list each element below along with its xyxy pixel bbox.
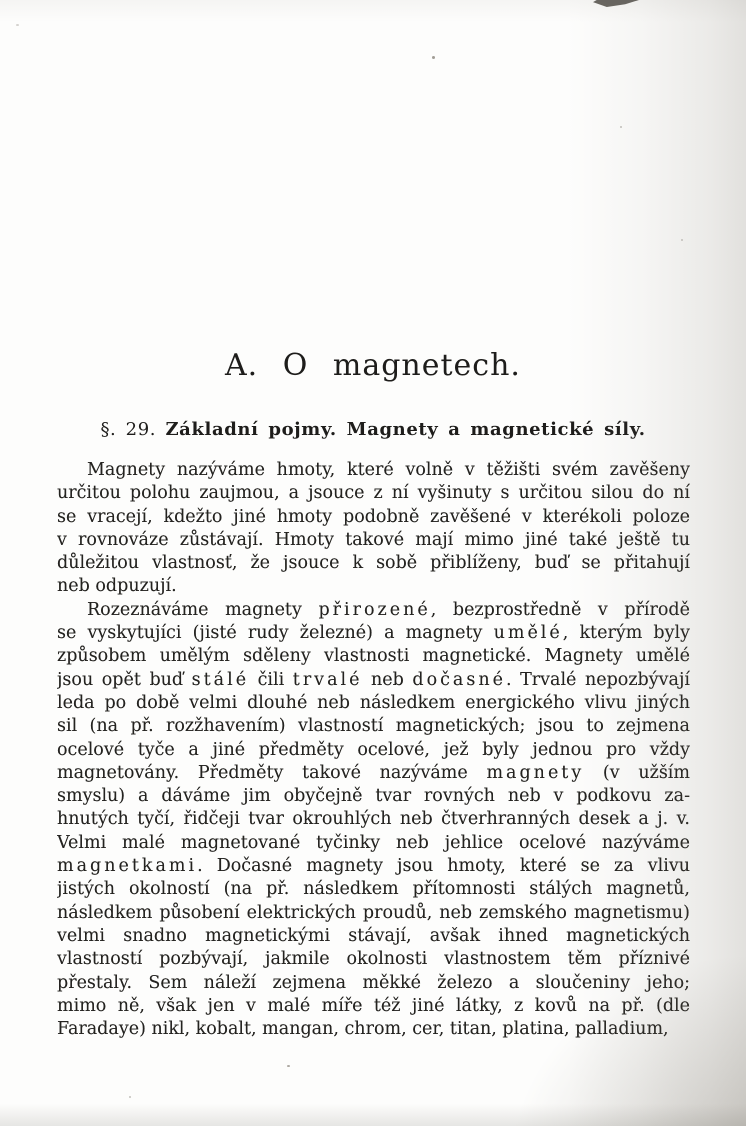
emphasized-term: magnety: [486, 763, 584, 783]
emphasized-term: trvalé: [293, 670, 363, 690]
text-line: Magnety nazýváme hmoty, které volně v tě…: [57, 459, 690, 482]
section-heading: §. 29. Základní pojmy. Magnety a magneti…: [0, 419, 746, 440]
text-segment: leda po době velmi dlouhé neb následkem …: [57, 693, 690, 713]
text-line: sil (na př. rozžhavením) vlastností magn…: [57, 715, 690, 738]
text-line: smyslu) a dáváme jim obyčejně tvar rovný…: [57, 785, 690, 808]
text-line: přestaly. Sem náleží zejmena měkké želez…: [57, 972, 690, 995]
text-line: určitou polohu zaujmou, a jsouce z ní vy…: [57, 482, 690, 505]
text-line: v rovnováze zůstávají. Hmoty takové mají…: [57, 529, 690, 552]
text-segment: se vyskytujíci (jisté rudy železné) a ma…: [57, 623, 494, 643]
text-segment: způsobem umělým sděleny vlastnosti magne…: [57, 646, 690, 666]
scan-nick-mark: [593, 0, 639, 7]
text-segment: přestaly. Sem náleží zejmena měkké želez…: [57, 973, 690, 993]
book-page: A. O magnetech. §. 29. Základní pojmy. M…: [0, 0, 746, 1126]
text-segment: , kterým byly: [563, 623, 690, 643]
paper-speck: [16, 24, 19, 26]
text-segment: neb odpuzují.: [57, 576, 177, 596]
text-line: vlastností pozbývají, jakmile okolnosti …: [57, 948, 690, 971]
text-line: neb odpuzují.: [57, 575, 690, 598]
text-segment: ocelové tyče a jiné předměty ocelové, je…: [57, 740, 690, 760]
emphasized-term: přirozené: [318, 600, 430, 620]
text-line: velmi snadno magnetickými stávají, avšak…: [57, 925, 690, 948]
text-line: leda po době velmi dlouhé neb následkem …: [57, 692, 690, 715]
emphasized-term: magnetkami: [57, 856, 197, 876]
text-segment: vlastností pozbývají, jakmile okolnosti …: [57, 949, 690, 969]
text-segment: hnutých tyčí, řidčeji tvar okrouhlých ne…: [57, 809, 690, 829]
text-segment: důležitou vlastnosť, že jsouce k sobě př…: [57, 553, 690, 573]
section-number: §. 29.: [100, 419, 156, 440]
text-segment: Magnety nazýváme hmoty, které volně v tě…: [87, 460, 690, 480]
text-segment: se vracejí, kdežto jiné hmoty podobně za…: [57, 507, 690, 527]
section-title-text: Základní pojmy. Magnety a magnetické síl…: [165, 419, 645, 440]
text-line: se vyskytujíci (jisté rudy železné) a ma…: [57, 622, 690, 645]
paper-speck: [287, 1065, 290, 1067]
text-segment: mimo ně, však jen v malé míře též jiné l…: [57, 996, 690, 1016]
text-line: Rozeznáváme magnety přirozené, bezprostř…: [57, 599, 690, 622]
paper-speck: [432, 56, 435, 59]
text-segment: jsou opět buď: [57, 670, 192, 690]
text-segment: velmi snadno magnetickými stávají, avšak…: [57, 926, 690, 946]
text-line: důležitou vlastnosť, že jsouce k sobě př…: [57, 552, 690, 575]
text-segment: jistých okolností (na př. následkem přít…: [57, 879, 690, 899]
text-line: způsobem umělým sděleny vlastnosti magne…: [57, 645, 690, 668]
text-segment: Rozeznáváme magnety: [87, 600, 318, 620]
text-line: ocelové tyče a jiné předměty ocelové, je…: [57, 739, 690, 762]
text-line: jistých okolností (na př. následkem přít…: [57, 878, 690, 901]
emphasized-term: stálé: [192, 670, 249, 690]
body-text: Magnety nazýváme hmoty, které volně v tě…: [57, 459, 690, 1041]
text-segment: určitou polohu zaujmou, a jsouce z ní vy…: [57, 483, 690, 503]
paper-speck: [620, 126, 622, 128]
text-line: magnetkami. Dočasné magnety jsou hmoty, …: [57, 855, 690, 878]
text-segment: Faradaye) nikl, kobalt, mangan, chrom, c…: [57, 1019, 669, 1039]
text-segment: . Dočasné magnety jsou hmoty, které se z…: [197, 856, 690, 876]
text-segment: následkem působení elektrických proudů, …: [57, 903, 690, 923]
text-segment: . Trvalé nepozbývají: [506, 670, 690, 690]
text-segment: , bezprostředně v přírodě: [431, 600, 690, 620]
text-segment: smyslu) a dáváme jim obyčejně tvar rovný…: [57, 786, 690, 806]
text-line: mimo ně, však jen v malé míře též jiné l…: [57, 995, 690, 1018]
text-segment: magnetovány. Předměty takové nazýváme: [57, 763, 486, 783]
text-segment: Velmi malé magnetované tyčinky neb jehli…: [57, 833, 690, 853]
text-segment: sil (na př. rozžhavením) vlastností magn…: [57, 716, 690, 736]
text-line: hnutých tyčí, řidčeji tvar okrouhlých ne…: [57, 808, 690, 831]
emphasized-term: umělé: [494, 623, 563, 643]
text-line: se vracejí, kdežto jiné hmoty podobně za…: [57, 506, 690, 529]
text-line: magnetovány. Předměty takové nazýváme ma…: [57, 762, 690, 785]
paper-speck: [129, 1096, 131, 1098]
paper-speck: [681, 239, 683, 241]
text-line: jsou opět buď stálé čili trvalé neb doča…: [57, 669, 690, 692]
text-segment: čili: [249, 670, 293, 690]
text-line: Velmi malé magnetované tyčinky neb jehli…: [57, 832, 690, 855]
text-segment: (v užším: [584, 763, 690, 783]
text-line: následkem působení elektrických proudů, …: [57, 902, 690, 925]
text-line: Faradaye) nikl, kobalt, mangan, chrom, c…: [57, 1018, 690, 1041]
emphasized-term: dočasné: [412, 670, 506, 690]
chapter-title: A. O magnetech.: [0, 348, 746, 383]
text-segment: v rovnováze zůstávají. Hmoty takové mají…: [57, 530, 690, 550]
text-segment: neb: [362, 670, 412, 690]
